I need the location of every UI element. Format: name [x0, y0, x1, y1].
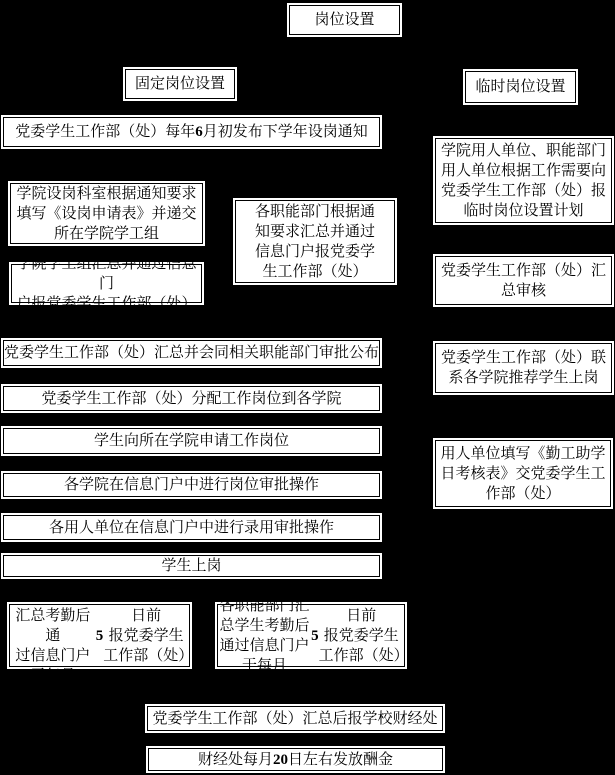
flow-node-position-setup-title: 岗位设置 [289, 5, 400, 35]
flow-node-annual-position-notice: 党委学生工作部（处）每年 6 月初发布下学年设岗通知 [3, 117, 380, 147]
flow-node-department-attendance-report: 各职能部门汇总学生考勤后 通过信息门户于每月 5 日前 报党委学生工作部（处） [217, 604, 405, 667]
flow-node-temporary-review: 党委学生工作部（处）汇 总审核 [435, 256, 612, 305]
flow-node-college-attendance-report: 学院学工组汇总考勤后通 过信息门户于每月 5 日前 报党委学生工作部（处） [9, 604, 190, 667]
flow-node-approve-and-publish: 党委学生工作部（处）汇总并会同相关职能部门审批公布 [3, 340, 380, 366]
flow-node-college-position-approval: 各学院在信息门户中进行岗位审批操作 [3, 473, 380, 497]
flow-node-department-summary-report: 各职能部门根据通 知要求汇总并通过 信息门户报党委学 生工作部（处） [235, 200, 395, 283]
flow-node-employer-hiring-approval: 各用人单位在信息门户中进行录用审批操作 [3, 515, 380, 540]
flow-node-assign-positions: 党委学生工作部（处）分配工作岗位到各学院 [3, 386, 380, 411]
flow-node-fixed-position-branch: 固定岗位设置 [125, 69, 235, 99]
flow-node-daily-assessment-form: 用人单位填写《勤工助学 日考核表》交党委学生工 作部（处） [435, 440, 611, 507]
flow-node-temporary-position-plan: 学院用人单位、职能部门 用人单位根据工作需要向 党委学生工作部（处）报 临时岗位… [435, 138, 612, 223]
flow-node-student-on-duty: 学生上岗 [3, 555, 380, 577]
flow-node-report-to-finance-office: 党委学生工作部（处）汇总后报学校财经处 [147, 706, 443, 731]
flowchart-canvas: 岗位设置 固定岗位设置 临时岗位设置 党委学生工作部（处）每年 6 月初发布下学… [0, 0, 615, 775]
flow-node-student-application: 学生向所在学院申请工作岗位 [3, 428, 380, 454]
flow-node-pay-stipend: 财经处每月 20 日左右发放酬金 [148, 748, 443, 771]
flow-node-temporary-position-branch: 临时岗位设置 [465, 71, 576, 103]
flow-node-college-office-application: 学院设岗科室根据通知要求 填写《设岗申请表》并递交 所在学院学工组 [10, 183, 203, 244]
flow-node-recommend-students: 党委学生工作部（处）联 系各学院推荐学生上岗 [435, 343, 612, 393]
flow-node-college-group-report: 学院学工组汇总并通过信息门 户报党委学生工作部（处） [11, 264, 202, 303]
